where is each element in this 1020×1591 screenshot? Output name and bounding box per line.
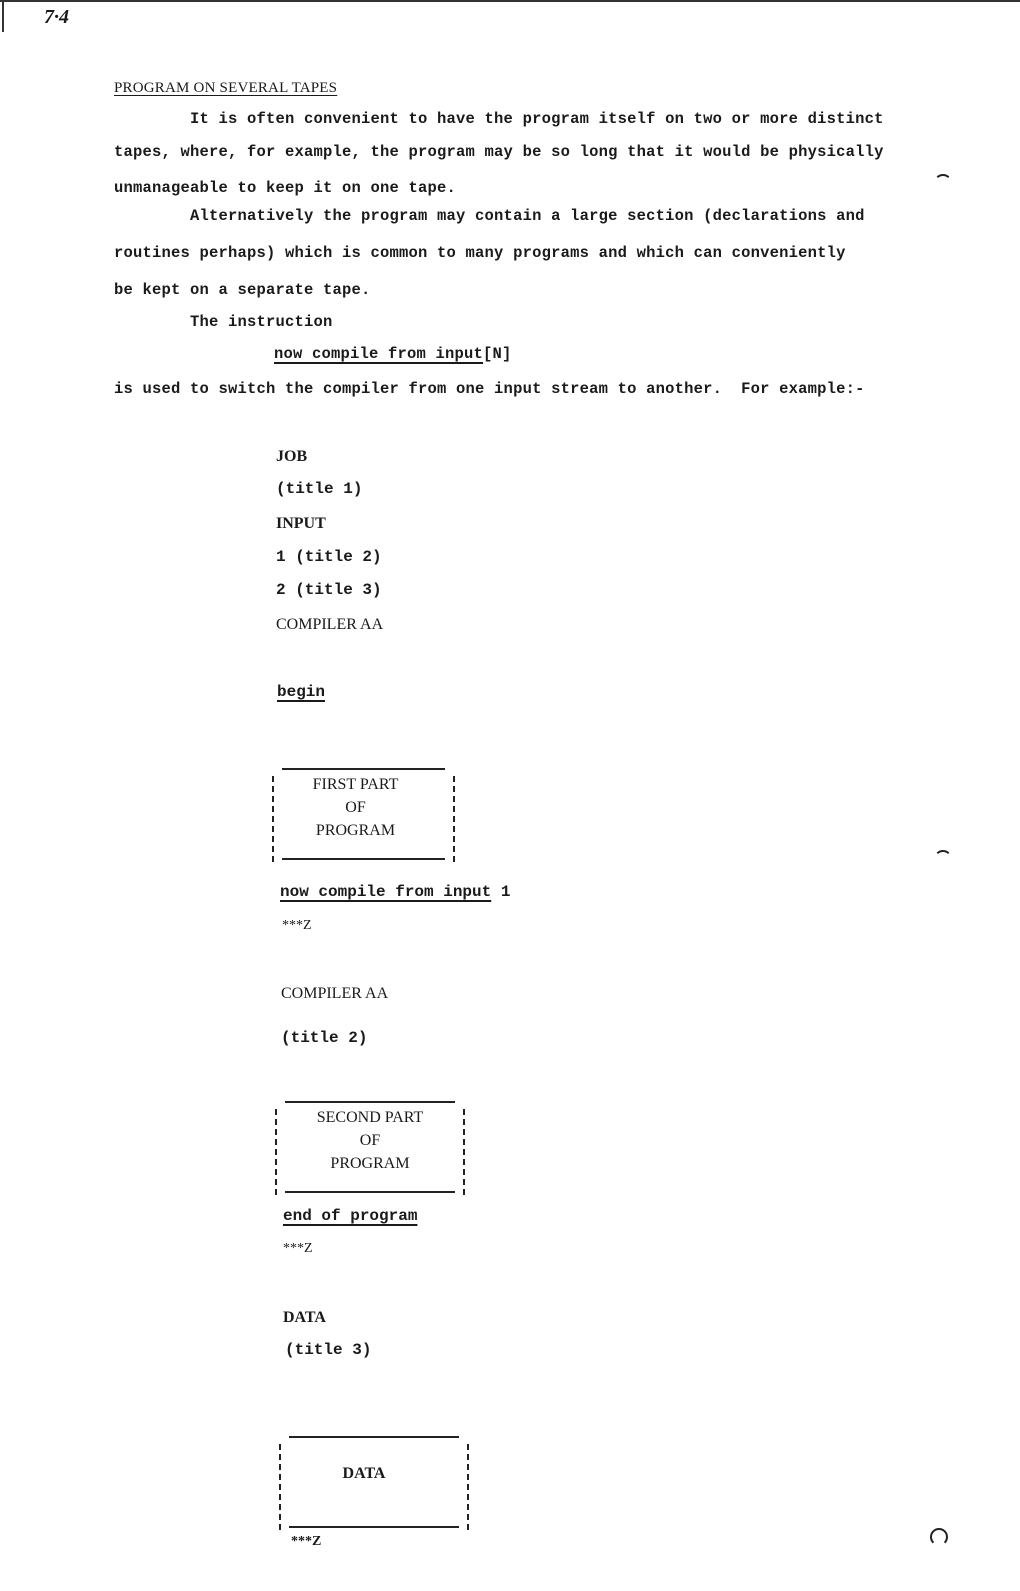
paragraph-3-intro: The instruction (114, 313, 333, 331)
data-box: DATA (289, 1436, 459, 1528)
paragraph-2-line-1: Alternatively the program may contain a … (114, 207, 865, 225)
box1-line-3: PROGRAM (266, 819, 445, 842)
terminator-1: ***Z (282, 918, 312, 934)
switch-keyword: now compile from input (280, 883, 491, 901)
example-data-line: DATA (283, 1309, 326, 1327)
section-heading: PROGRAM ON SEVERAL TAPES (114, 80, 337, 97)
box2-line-2: OF (285, 1129, 455, 1152)
box2-line-3: PROGRAM (285, 1152, 455, 1175)
second-part-label: SECOND PART OF PROGRAM (285, 1106, 455, 1175)
example-title-2: (title 2) (281, 1029, 367, 1047)
example-job-line: JOB (276, 448, 307, 466)
binder-mark-icon (930, 1528, 948, 1546)
paragraph-1-line-3: unmanageable to keep it on one tape. (114, 179, 456, 197)
example-input-2: 2 (title 3) (276, 581, 382, 599)
terminator-2: ***Z (283, 1241, 313, 1257)
paragraph-2-line-2: routines perhaps) which is common to man… (114, 244, 846, 262)
box-right-edge (467, 1444, 469, 1530)
binder-mark-icon (934, 174, 952, 192)
example-begin-keyword: begin (277, 683, 325, 701)
binder-mark-icon (934, 850, 952, 868)
box2-line-1: SECOND PART (285, 1106, 455, 1129)
data-label: DATA (269, 1462, 459, 1485)
instruction-argument: [N] (483, 345, 512, 363)
box3-line-1: DATA (269, 1462, 459, 1485)
example-input-1: 1 (title 2) (276, 548, 382, 566)
first-part-box: FIRST PART OF PROGRAM (282, 768, 445, 860)
box-left-edge (275, 1109, 277, 1195)
box-right-edge (463, 1109, 465, 1195)
example-compiler-line-2: COMPILER AA (281, 985, 388, 1003)
example-title-1: (title 1) (276, 480, 362, 498)
paragraph-1-line-2: tapes, where, for example, the program m… (114, 143, 884, 161)
page-number: 7·4 (44, 6, 69, 29)
box-left-edge (279, 1444, 281, 1530)
instruction-keyword: now compile from input (274, 345, 483, 363)
example-input-line: INPUT (276, 515, 326, 533)
box1-line-2: OF (266, 796, 445, 819)
page-edge-top (0, 0, 1020, 2)
switch-argument: 1 (491, 883, 510, 901)
instruction-example: now compile from input[N] (274, 345, 512, 363)
example-compiler-line: COMPILER AA (276, 616, 383, 634)
first-part-label: FIRST PART OF PROGRAM (266, 773, 445, 842)
paragraph-2-line-3: be kept on a separate tape. (114, 281, 371, 299)
box-right-edge (453, 776, 455, 862)
paragraph-3-after: is used to switch the compiler from one … (114, 380, 865, 398)
box1-line-1: FIRST PART (266, 773, 445, 796)
example-title-3: (title 3) (285, 1341, 371, 1359)
page-edge-left (2, 0, 4, 32)
example-switch-instruction: now compile from input 1 (280, 883, 510, 901)
second-part-box: SECOND PART OF PROGRAM (285, 1101, 455, 1193)
paragraph-1-line-1: It is often convenient to have the progr… (114, 110, 884, 128)
terminator-3: ***Z (291, 1534, 321, 1550)
example-end-keyword: end of program (283, 1207, 417, 1225)
